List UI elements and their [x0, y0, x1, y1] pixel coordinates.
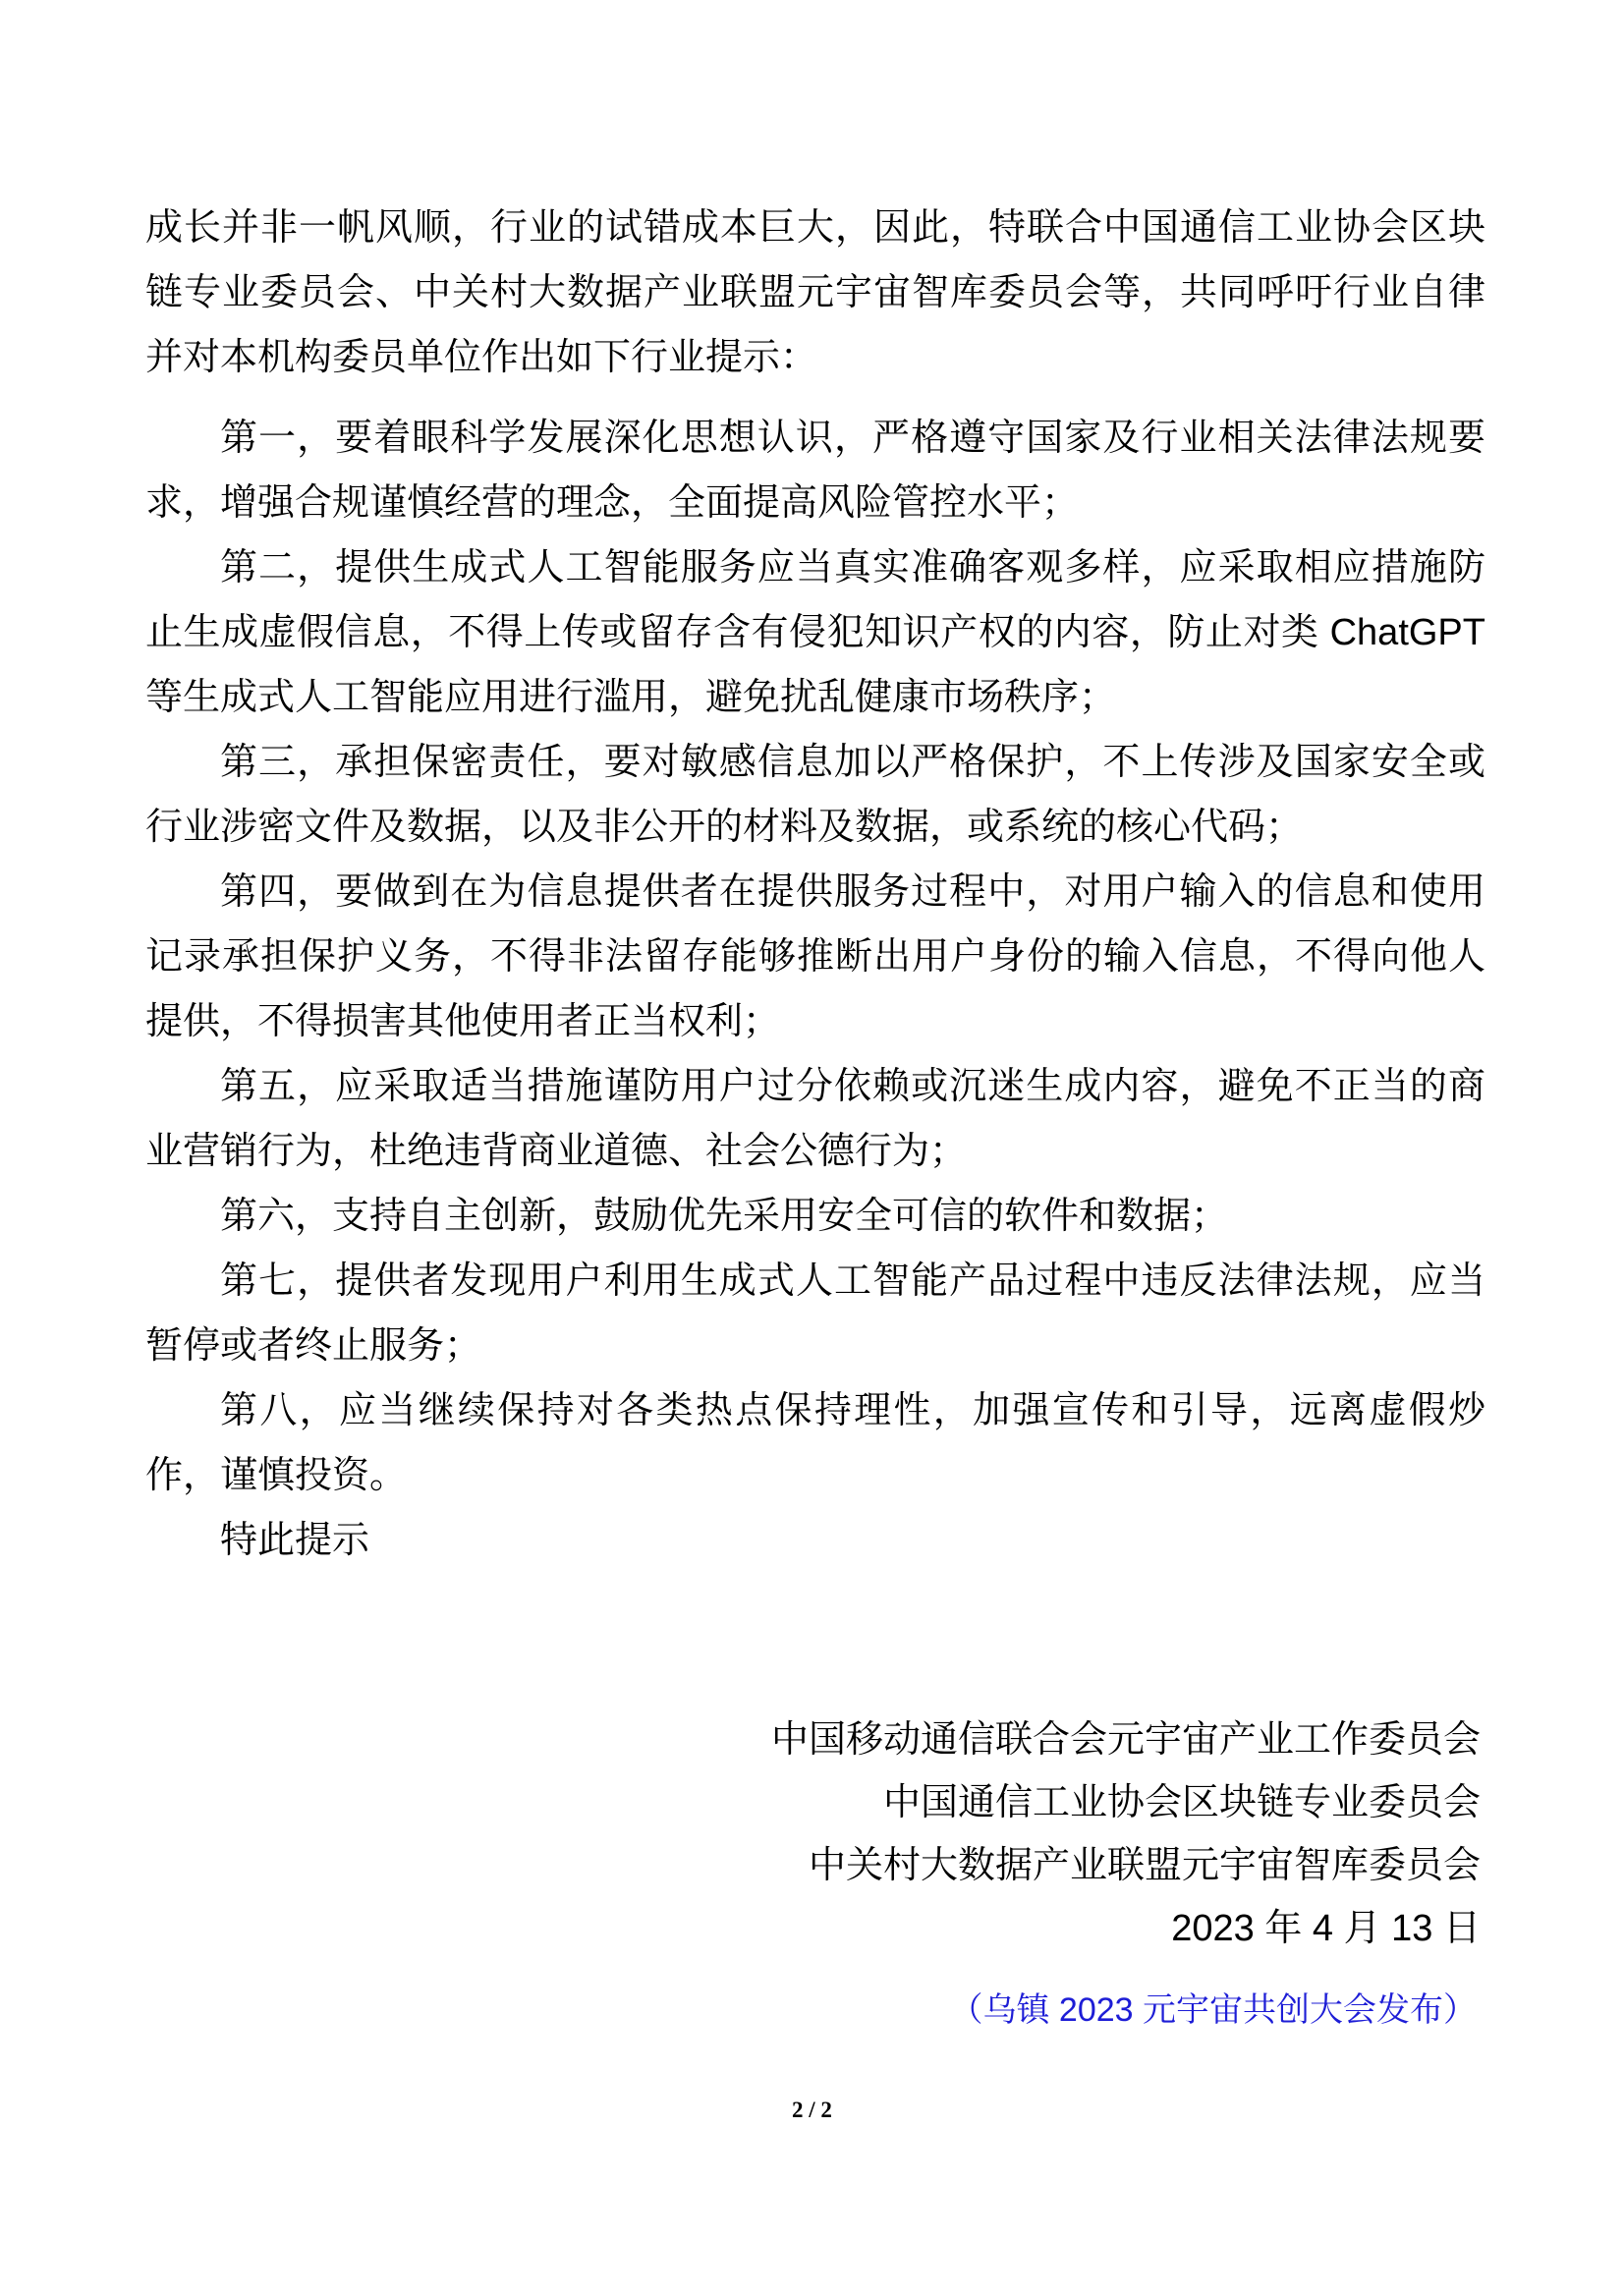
provision-item-3: 第三，承担保密责任，要对敏感信息加以严格保护，不上传涉及国家安全或行业涉密文件及…: [145, 730, 1485, 860]
provisions-list: 第一，要着眼科学发展深化思想认识，严格遵守国家及行业相关法律法规要求，增强合规谨…: [145, 406, 1485, 1508]
document-page: 成长并非一帆风顺，行业的试错成本巨大，因此，特联合中国通信工业协会区块链专业委员…: [0, 0, 1624, 2296]
page-number: 2 / 2: [0, 2097, 1624, 2124]
provision-item-2: 第二，提供生成式人工智能服务应当真实准确客观多样，应采取相应措施防止生成虚假信息…: [145, 535, 1485, 730]
provision-item-6: 第六，支持自主创新，鼓励优先采用安全可信的软件和数据；: [145, 1184, 1485, 1249]
release-note: （乌镇 2023 元宇宙共创大会发布）: [949, 1987, 1477, 2034]
intro-paragraph: 成长并非一帆风顺，行业的试错成本巨大，因此，特联合中国通信工业协会区块链专业委员…: [145, 196, 1485, 390]
provision-item-1: 第一，要着眼科学发展深化思想认识，严格遵守国家及行业相关法律法规要求，增强合规谨…: [145, 406, 1485, 535]
provision-item-5: 第五，应采取适当措施谨防用户过分依赖或沉迷生成内容，避免不正当的商业营销行为，杜…: [145, 1054, 1485, 1184]
provision-item-8: 第八，应当继续保持对各类热点保持理性，加强宣传和引导，远离虚假炒作，谨慎投资。: [145, 1378, 1485, 1508]
signature-line-3: 中关村大数据产业联盟元宇宙智库委员会: [771, 1834, 1481, 1897]
provision-item-4: 第四，要做到在为信息提供者在提供服务过程中，对用户输入的信息和使用记录承担保护义…: [145, 860, 1485, 1054]
signature-line-2: 中国通信工业协会区块链专业委员会: [771, 1771, 1481, 1834]
signature-block: 中国移动通信联合会元宇宙产业工作委员会 中国通信工业协会区块链专业委员会 中关村…: [771, 1708, 1481, 1960]
date-line: 2023 年 4 月 13 日: [771, 1897, 1481, 1960]
document-body: 成长并非一帆风顺，行业的试错成本巨大，因此，特联合中国通信工业协会区块链专业委员…: [145, 196, 1485, 1573]
provision-item-7: 第七，提供者发现用户利用生成式人工智能产品过程中违反法律法规，应当暂停或者终止服…: [145, 1249, 1485, 1378]
closing-line: 特此提示: [145, 1508, 1485, 1573]
signature-line-1: 中国移动通信联合会元宇宙产业工作委员会: [771, 1708, 1481, 1771]
